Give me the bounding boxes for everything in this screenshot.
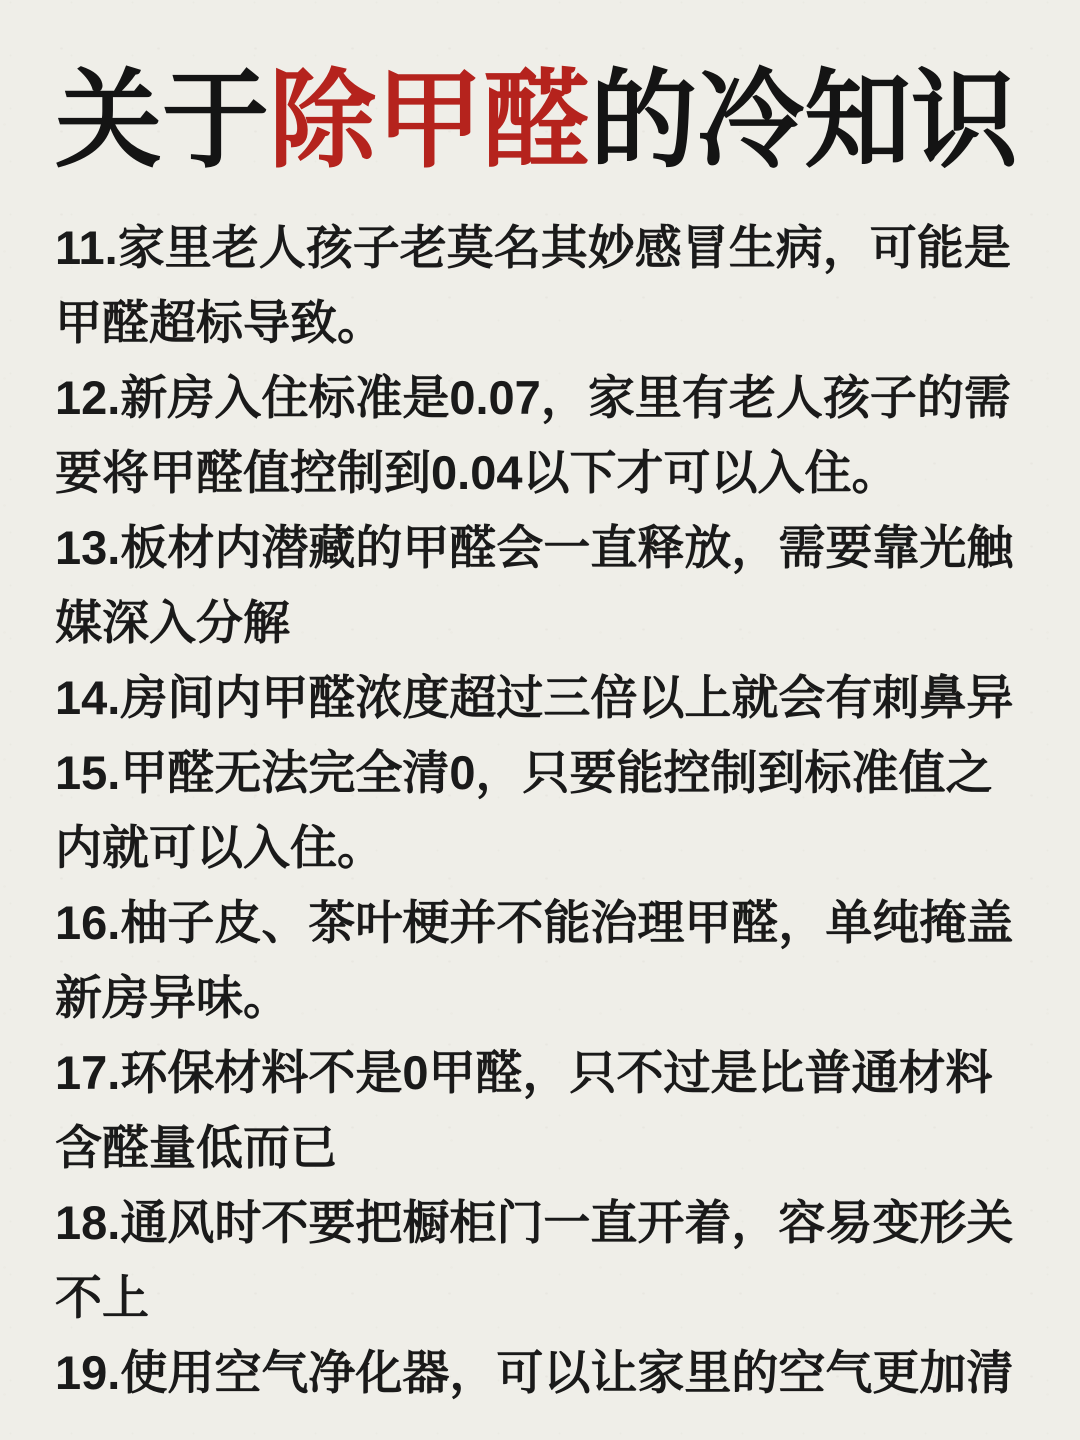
tip-text: 新房入住标准是0.07，家里有老人孩子的需要将甲醛值控制到0.04以下才可以入住… xyxy=(55,371,1011,499)
tips-list: 11.家里老人孩子老莫名其妙感冒生病，可能是甲醛超标导致。 12.新房入住标准是… xyxy=(55,210,1025,1410)
list-item: 12.新房入住标准是0.07，家里有老人孩子的需要将甲醛值控制到0.04以下才可… xyxy=(55,360,1025,510)
tip-number: 18. xyxy=(55,1196,120,1249)
tip-number: 17. xyxy=(55,1046,120,1099)
list-item: 11.家里老人孩子老莫名其妙感冒生病，可能是甲醛超标导致。 xyxy=(55,210,1025,360)
tip-number: 19. xyxy=(55,1346,120,1399)
list-item: 18.通风时不要把橱柜门一直开着，容易变形关不上 xyxy=(55,1185,1025,1335)
list-item: 17.环保材料不是0甲醛，只不过是比普通材料含醛量低而已 xyxy=(55,1035,1025,1185)
title-highlight: 除甲醛 xyxy=(269,60,590,180)
title-prefix: 关于 xyxy=(55,60,269,180)
tip-text: 家里老人孩子老莫名其妙感冒生病，可能是甲醛超标导致。 xyxy=(55,221,1011,349)
poster-page: 关于除甲醛的冷知识 11.家里老人孩子老莫名其妙感冒生病，可能是甲醛超标导致。 … xyxy=(0,0,1080,1440)
tip-text: 通风时不要把橱柜门一直开着，容易变形关不上 xyxy=(55,1196,1013,1324)
tip-text: 板材内潜藏的甲醛会一直释放，需要靠光触媒深入分解 xyxy=(55,521,1013,649)
tip-text: 甲醛无法完全清0，只要能控制到标准值之内就可以入住。 xyxy=(55,746,992,874)
tip-number: 16. xyxy=(55,896,120,949)
page-title: 关于除甲醛的冷知识 xyxy=(55,56,1025,184)
list-item: 15.甲醛无法完全清0，只要能控制到标准值之内就可以入住。 xyxy=(55,735,1025,885)
tip-text: 房间内甲醛浓度超过三倍以上就会有刺鼻异 xyxy=(120,671,1013,724)
title-suffix: 的冷知识 xyxy=(590,60,1018,180)
tip-number: 15. xyxy=(55,746,120,799)
tip-number: 14. xyxy=(55,671,120,724)
tip-number: 13. xyxy=(55,521,120,574)
tip-number: 11. xyxy=(55,221,118,274)
list-item: 19.使用空气净化器，可以让家里的空气更加清 xyxy=(55,1335,1025,1410)
list-item: 14.房间内甲醛浓度超过三倍以上就会有刺鼻异 xyxy=(55,660,1025,735)
tip-number: 12. xyxy=(55,371,120,424)
list-item: 16.柚子皮、茶叶梗并不能治理甲醛，单纯掩盖新房异味。 xyxy=(55,885,1025,1035)
list-item: 13.板材内潜藏的甲醛会一直释放，需要靠光触媒深入分解 xyxy=(55,510,1025,660)
tip-text: 环保材料不是0甲醛，只不过是比普通材料含醛量低而已 xyxy=(55,1046,992,1174)
tip-text: 柚子皮、茶叶梗并不能治理甲醛，单纯掩盖新房异味。 xyxy=(55,896,1013,1024)
tip-text: 使用空气净化器，可以让家里的空气更加清 xyxy=(120,1346,1013,1399)
